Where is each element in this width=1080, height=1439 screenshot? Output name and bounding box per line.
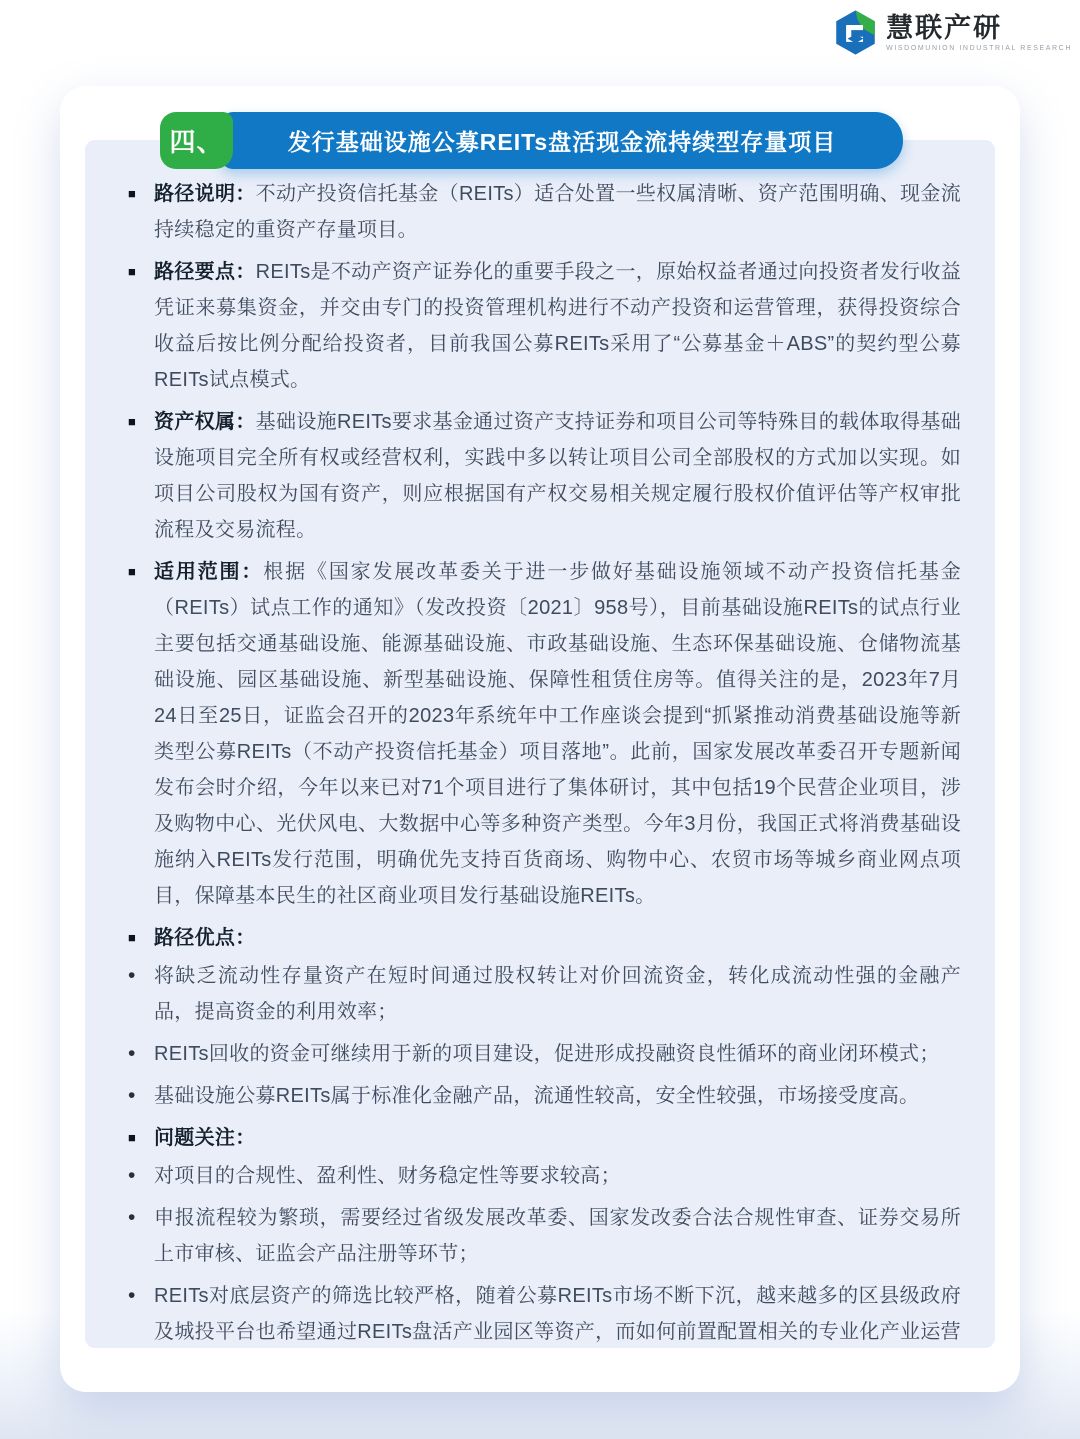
section-header: ■路径优点： — [128, 920, 961, 956]
dot-bullet-icon: • — [128, 1078, 154, 1114]
item-text: 路径优点： — [154, 920, 961, 956]
item-text: 对项目的合规性、盈利性、财务稳定性等要求较高； — [154, 1158, 961, 1194]
item-label: 资产权属： — [154, 411, 256, 433]
item-label: 适用范围： — [154, 561, 263, 583]
cube-logo-icon — [832, 9, 879, 56]
section-title-banner: 发行基础设施公募REITs盘活现金流持续型存量项目 — [221, 112, 903, 169]
brand-logo: 慧联产研 WISDOMUNION INDUSTRIAL RESEARCH — [832, 9, 1072, 56]
item-text: 问题关注： — [154, 1120, 961, 1156]
brand-tagline: WISDOMUNION INDUSTRIAL RESEARCH — [886, 45, 1072, 52]
dot-bullet-icon: • — [128, 1036, 154, 1072]
item-text: 将缺乏流动性存量资产在短时间通过股权转让对价回流资金，转化成流动性强的金融产品，… — [154, 958, 961, 1030]
item-text: REITs回收的资金可继续用于新的项目建设，促进形成投融资良性循环的商业闭环模式… — [154, 1036, 961, 1072]
item-text: 申报流程较为繁琐，需要经过省级发展改革委、国家发改委合法合规性审查、证券交易所上… — [154, 1200, 961, 1272]
section-banner: 四、 发行基础设施公募REITs盘活现金流持续型存量项目 — [160, 112, 903, 169]
dot-bullet-icon: • — [128, 1158, 154, 1194]
section-title: 发行基础设施公募REITs盘活现金流持续型存量项目 — [288, 124, 836, 157]
item-text: REITs对底层资产的筛选比较严格，随着公募REITs市场不断下沉，越来越多的区… — [154, 1278, 961, 1348]
dot-bullet-icon: • — [128, 958, 154, 1030]
square-bullet-icon: ■ — [128, 920, 154, 956]
section-item: ■路径说明：不动产投资信托基金（REITs）适合处置一些权属清晰、资产范围明确、… — [128, 176, 961, 248]
square-bullet-icon: ■ — [128, 554, 154, 914]
item-label: 路径说明： — [154, 183, 256, 205]
section-item: ■适用范围：根据《国家发展改革委关于进一步做好基础设施领域不动产投资信托基金（R… — [128, 554, 961, 914]
section-number-badge: 四、 — [160, 112, 233, 169]
square-bullet-icon: ■ — [128, 404, 154, 548]
item-text: 资产权属：基础设施REITs要求基金通过资产支持证券和项目公司等特殊目的载体取得… — [154, 404, 961, 548]
item-label: 路径优点： — [154, 927, 256, 949]
item-text: 基础设施公募REITs属于标准化金融产品，流通性较高，安全性较强，市场接受度高。 — [154, 1078, 961, 1114]
section-header: ■问题关注： — [128, 1120, 961, 1156]
content-list: ■路径说明：不动产投资信托基金（REITs）适合处置一些权属清晰、资产范围明确、… — [128, 176, 961, 1348]
section-item: ■路径要点：REITs是不动产资产证券化的重要手段之一，原始权益者通过向投资者发… — [128, 254, 961, 398]
brand-name: 慧联产研 — [886, 13, 1002, 43]
square-bullet-icon: ■ — [128, 254, 154, 398]
dot-bullet-icon: • — [128, 1278, 154, 1348]
square-bullet-icon: ■ — [128, 1120, 154, 1156]
item-text: 路径要点：REITs是不动产资产证券化的重要手段之一，原始权益者通过向投资者发行… — [154, 254, 961, 398]
item-label: 问题关注： — [154, 1127, 256, 1149]
bullet-item: •REITs回收的资金可继续用于新的项目建设，促进形成投融资良性循环的商业闭环模… — [128, 1036, 961, 1072]
bullet-item: •REITs对底层资产的筛选比较严格，随着公募REITs市场不断下沉，越来越多的… — [128, 1278, 961, 1348]
bullet-item: •将缺乏流动性存量资产在短时间通过股权转让对价回流资金，转化成流动性强的金融产品… — [128, 958, 961, 1030]
bullet-item: •基础设施公募REITs属于标准化金融产品，流通性较高，安全性较强，市场接受度高… — [128, 1078, 961, 1114]
content-panel: ■路径说明：不动产投资信托基金（REITs）适合处置一些权属清晰、资产范围明确、… — [85, 140, 995, 1348]
bullet-item: •对项目的合规性、盈利性、财务稳定性等要求较高； — [128, 1158, 961, 1194]
dot-bullet-icon: • — [128, 1200, 154, 1272]
item-text: 适用范围：根据《国家发展改革委关于进一步做好基础设施领域不动产投资信托基金（RE… — [154, 554, 961, 914]
bullet-item: •申报流程较为繁琐，需要经过省级发展改革委、国家发改委合法合规性审查、证券交易所… — [128, 1200, 961, 1272]
item-text: 路径说明：不动产投资信托基金（REITs）适合处置一些权属清晰、资产范围明确、现… — [154, 176, 961, 248]
section-item: ■资产权属：基础设施REITs要求基金通过资产支持证券和项目公司等特殊目的载体取… — [128, 404, 961, 548]
content-card: 四、 发行基础设施公募REITs盘活现金流持续型存量项目 ■路径说明：不动产投资… — [60, 86, 1020, 1392]
square-bullet-icon: ■ — [128, 176, 154, 248]
item-label: 路径要点： — [154, 261, 256, 283]
